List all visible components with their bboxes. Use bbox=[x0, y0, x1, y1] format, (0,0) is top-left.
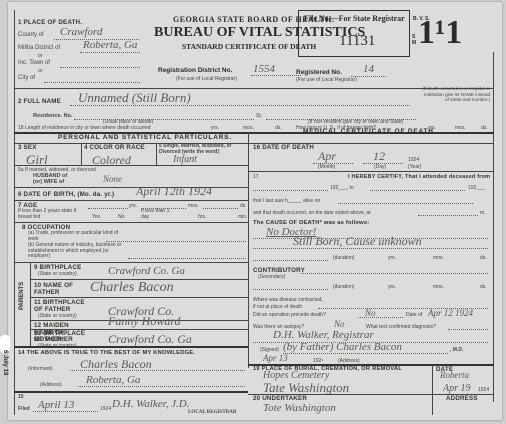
filed-number: 15 bbox=[18, 394, 24, 400]
certify-number: 17 bbox=[253, 174, 259, 180]
md-label: , M.D. bbox=[450, 347, 463, 353]
divider bbox=[14, 262, 248, 263]
medical-section-title: MEDICAL CERTIFICATE OF DEATH bbox=[303, 128, 434, 135]
to-line bbox=[370, 190, 465, 191]
length-yrs: yrs. bbox=[211, 125, 219, 131]
certify-text: I HEREBY CERTIFY, That I attended deceas… bbox=[348, 174, 490, 180]
registration-district-label: Registration District No. bbox=[158, 67, 232, 74]
birthplace-value: Crawford Co. Ga bbox=[108, 265, 185, 277]
how-long-ds: ds. bbox=[481, 125, 488, 131]
date-value-1: Roberta bbox=[440, 370, 469, 380]
militia-label: Militia District of bbox=[18, 45, 60, 51]
divider bbox=[30, 297, 248, 298]
dob-value: April 12th 1924 bbox=[136, 184, 212, 199]
contributory-line bbox=[301, 273, 488, 274]
duration-ds-2: ds. bbox=[480, 284, 487, 290]
operation-date-value: Apr 12 1924 bbox=[428, 308, 473, 318]
signed-line bbox=[283, 353, 448, 354]
hospital-note: (If death occurred in a Hospital or Inst… bbox=[420, 86, 490, 103]
or-text: or bbox=[38, 53, 42, 59]
yes-label: Yes bbox=[92, 214, 100, 220]
st-label: St. bbox=[256, 113, 262, 119]
spouse-value: None bbox=[103, 174, 122, 184]
duration-label: (duration) bbox=[333, 255, 354, 261]
breastfed-label: If less than 2 years state if breast fed bbox=[18, 209, 86, 220]
full-name-value: Unnamed (Still Born) bbox=[78, 90, 191, 106]
dob-label: 6 DATE OF BIRTH, (Mo. da. yr.) bbox=[18, 191, 114, 198]
occupation-b-line bbox=[128, 258, 246, 259]
signed-value: (by Father) Charles Bacon bbox=[283, 341, 402, 353]
age-ds: ds. bbox=[240, 203, 247, 209]
contributory-label: CONTRIBUTORY bbox=[253, 267, 305, 274]
informant-label: (Informant) bbox=[28, 366, 52, 372]
divider bbox=[14, 200, 248, 201]
right-border bbox=[493, 52, 494, 402]
filed-value: April 13 bbox=[38, 399, 74, 411]
margin-note: 6 July 19 bbox=[2, 350, 8, 375]
cell-divider bbox=[156, 143, 157, 165]
father-birthplace-label: 11 BIRTHPLACE OF FATHER bbox=[34, 299, 89, 313]
militia-line bbox=[80, 52, 140, 53]
divider bbox=[14, 346, 248, 348]
m-text: m. bbox=[480, 210, 486, 216]
full-name-label: 2 FULL NAME bbox=[18, 98, 61, 105]
duration-yrs-2: yrs. bbox=[388, 284, 396, 290]
contracted-label-2: if not at place of death bbox=[253, 304, 302, 310]
file-number-box: File No.—For State Registrar 11131 bbox=[298, 10, 410, 57]
operation-label: Did an operation precede death? bbox=[253, 312, 326, 318]
contracted-label-1: Where was disease contracted, bbox=[253, 297, 323, 303]
date-divider bbox=[432, 365, 433, 415]
father-birthplace-sub: (State or country) bbox=[38, 313, 77, 319]
registrar-note: D.H. Walker, Registrar bbox=[273, 329, 374, 341]
cause-line-2 bbox=[253, 248, 488, 249]
bvs-side: S M bbox=[412, 34, 416, 46]
city-label: City of bbox=[18, 75, 35, 81]
residence-line bbox=[74, 119, 254, 120]
signed-date: Apr 13 bbox=[263, 353, 288, 363]
mother-birthplace-value: Crawford Co. Ga bbox=[108, 332, 192, 347]
county-value: Crawford bbox=[60, 26, 102, 38]
residence-label: Residence. No. bbox=[33, 113, 72, 119]
occupation-b: (b) General nature of industry, business… bbox=[28, 243, 128, 260]
length-residence-label: 18 Length of residence in city or town w… bbox=[18, 125, 151, 131]
age-yrs-line bbox=[88, 208, 128, 209]
registered-no-label: Registered No. bbox=[296, 69, 342, 76]
divider bbox=[14, 187, 248, 188]
registration-district-note: (For use of Local Registrar) bbox=[176, 76, 237, 82]
death-certificate: 1 PLACE OF DEATH. County of Crawford Mil… bbox=[8, 2, 502, 420]
operation-date-label: Date of bbox=[406, 312, 422, 318]
registrar-signature: D.H. Walker, J.D. bbox=[112, 398, 190, 410]
occupation-a-line bbox=[106, 241, 246, 242]
address-value: Roberta, Ga bbox=[86, 374, 140, 386]
duration-ds: ds. bbox=[480, 255, 487, 261]
registered-no-value: 14 bbox=[363, 63, 374, 75]
form-number: 1¹1 bbox=[418, 14, 462, 52]
dod-year: 1924 bbox=[408, 157, 419, 163]
duration-mos-2: mos. bbox=[433, 284, 444, 290]
informant-value: Charles Bacon bbox=[80, 357, 152, 372]
age-mos: mos. bbox=[188, 203, 199, 209]
divider bbox=[248, 171, 494, 172]
length-mos: mos. bbox=[243, 125, 254, 131]
address-line bbox=[78, 386, 245, 387]
dod-month: Apr bbox=[318, 149, 336, 164]
birthplace-label: 9 BIRTHPLACE bbox=[34, 264, 81, 271]
mother-birthplace-label: 13 BIRTHPLACE OF MOTHER bbox=[34, 331, 89, 343]
divider bbox=[14, 222, 248, 223]
place-of-death-label: 1 PLACE OF DEATH. bbox=[18, 19, 82, 26]
filed-year: 1924 bbox=[100, 406, 111, 412]
left-border bbox=[14, 10, 15, 415]
length-ds: ds. bbox=[275, 125, 282, 131]
last-saw-line bbox=[338, 203, 473, 204]
date-year: 1924 bbox=[478, 387, 489, 393]
filed-line bbox=[33, 411, 98, 412]
age-yrs: yrs. bbox=[129, 203, 137, 209]
year-label: (Year) bbox=[408, 164, 421, 170]
less-day-label: If less than 1 day bbox=[141, 209, 173, 220]
no-label: No bbox=[118, 214, 124, 220]
to-text: 192___ bbox=[468, 185, 485, 191]
cell-divider bbox=[81, 143, 82, 165]
center-divider bbox=[248, 132, 249, 368]
from-text: 192___, to bbox=[330, 185, 354, 191]
operation-value: No bbox=[365, 308, 376, 318]
min-label: min. bbox=[238, 214, 247, 220]
duration-yrs: yrs. bbox=[388, 255, 396, 261]
or-text-2: or bbox=[38, 68, 42, 74]
undertaker-label: 20 UNDERTAKER bbox=[253, 395, 307, 402]
undertaker-value: Tote Washington bbox=[263, 402, 336, 414]
duration-line-2 bbox=[253, 289, 328, 290]
filed-label: Filed bbox=[18, 406, 30, 412]
file-number: 11131 bbox=[339, 33, 375, 50]
undertaker-address-label: ADDRESS bbox=[446, 395, 478, 402]
date-of-death-label: 16 DATE OF DEATH bbox=[253, 144, 314, 151]
hrs-label: hrs. bbox=[198, 214, 206, 220]
duration-line bbox=[253, 260, 328, 261]
certificate-title: STANDARD CERTIFICATE OF DEATH bbox=[182, 42, 316, 51]
marital-value: Infant bbox=[173, 154, 197, 165]
color-label: 4 COLOR OR RACE bbox=[84, 144, 145, 151]
town-label: Inc. Town of bbox=[18, 60, 50, 66]
how-long-mos: mos. bbox=[455, 125, 466, 131]
age-ds-line bbox=[203, 208, 238, 209]
registered-no-note: (For use of Local Registrar) bbox=[296, 77, 357, 83]
birthplace-sub: (State or country) bbox=[38, 271, 77, 277]
occurred-text: and that death occurred, on the date sta… bbox=[253, 210, 371, 216]
contributory-sub: (Secondary) bbox=[258, 274, 285, 280]
parents-side-label: PARENTS bbox=[19, 282, 25, 310]
last-saw-text: that I last saw h_____ alive on bbox=[253, 198, 320, 204]
duration-mos: mos. bbox=[433, 255, 444, 261]
reg-district-line bbox=[251, 75, 301, 76]
sex-label: 3 SEX bbox=[18, 144, 37, 151]
personal-section-title: PERSONAL AND STATISTICAL PARTICULARS. bbox=[58, 134, 232, 141]
date-value-2: Apr 19 bbox=[443, 383, 471, 394]
divider bbox=[14, 165, 248, 166]
city-line bbox=[44, 82, 140, 83]
duration-label-2: (duration) bbox=[333, 284, 354, 290]
address-label: (Address) bbox=[40, 382, 62, 388]
month-label: (Month) bbox=[318, 164, 335, 170]
dod-day: 12 bbox=[373, 149, 385, 164]
spouse-label-3: (or) WIFE of bbox=[33, 179, 64, 185]
local-registrar-label: LOCAL REGISTRAR bbox=[188, 410, 236, 415]
parents-divider bbox=[30, 262, 31, 346]
from-line bbox=[253, 190, 328, 191]
county-label: County of bbox=[18, 32, 44, 38]
militia-value: Roberta, Ga bbox=[83, 39, 137, 51]
town-line bbox=[60, 67, 140, 68]
test-label: What test confirmed diagnosis? bbox=[366, 324, 436, 330]
father-label: 10 NAME OF FATHER bbox=[34, 282, 84, 296]
registration-district-value: 1554 bbox=[253, 63, 275, 75]
father-value: Charles Bacon bbox=[90, 280, 174, 296]
file-label: File No.—For State Registrar bbox=[304, 14, 405, 23]
informant-header: 14 THE ABOVE IS TRUE TO THE BEST OF MY K… bbox=[18, 350, 195, 356]
cause-value-2: Still Born, Cause unknown bbox=[293, 234, 422, 249]
autopsy-value: No bbox=[334, 319, 345, 329]
day-label: (Day) bbox=[374, 164, 386, 170]
divider bbox=[14, 391, 248, 393]
occurred-line bbox=[418, 215, 478, 216]
test-line bbox=[448, 329, 488, 330]
mother-name-value: Fanny Howard bbox=[108, 314, 181, 329]
